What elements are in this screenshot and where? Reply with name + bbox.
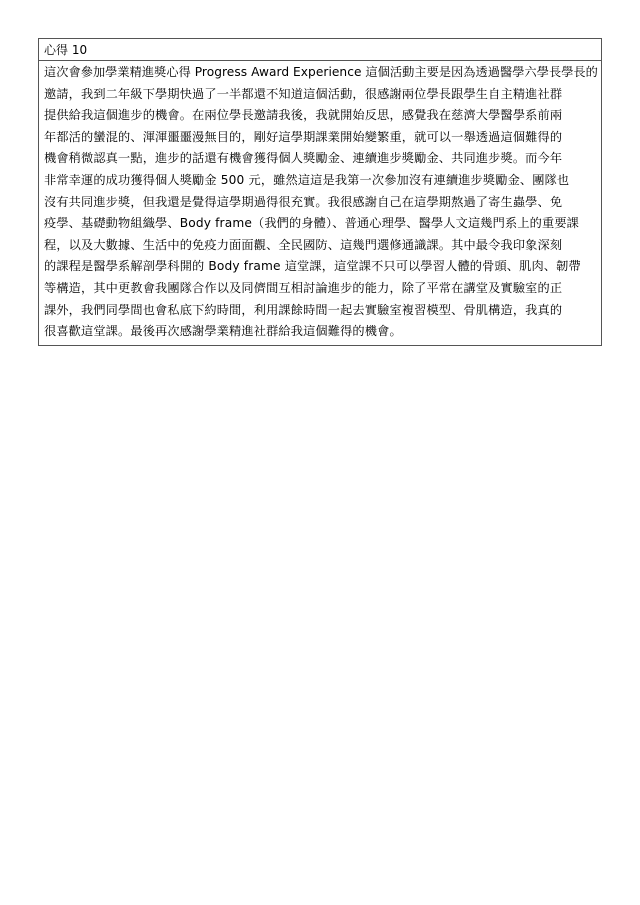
essay-line: 很喜歡這堂課。最後再次感謝學業精進社群給我這個難得的機會。 [44, 321, 597, 343]
essay-title: 心得 10 [39, 39, 601, 61]
essay-line: 年都活的蠻混的、渾渾噩噩漫無目的，剛好這學期課業開始變繁重，就可以一舉透過這個難… [44, 127, 597, 149]
essay-line: 的課程是醫學系解剖學科開的 Body frame 這堂課，這堂課不只可以學習人體… [44, 256, 597, 278]
essay-body: 這次會參加學業精進獎心得 Progress Award Experience 這… [39, 61, 601, 345]
essay-line: 程，以及大數據、生活中的免疫力面面觀、全民國防、這幾門選修通識課。其中最令我印象… [44, 235, 597, 257]
document-page: 心得 10 這次會參加學業精進獎心得 Progress Award Experi… [0, 0, 640, 905]
essay-line: 疫學、基礎動物組織學、Body frame（我們的身體）、普通心理學、醫學人文這… [44, 213, 597, 235]
essay-line: 課外，我們同學間也會私底下約時間，利用課餘時間一起去實驗室複習模型、骨肌構造，我… [44, 300, 597, 322]
essay-line: 機會稍微認真一點，進步的話還有機會獲得個人獎勵金、連續進步獎勵金、共同進步獎。而… [44, 148, 597, 170]
essay-line: 邀請，我到二年級下學期快過了一半都還不知道這個活動，很感謝兩位學長跟學生自主精進… [44, 84, 597, 106]
essay-line: 這次會參加學業精進獎心得 Progress Award Experience 這… [44, 62, 597, 84]
essay-table: 心得 10 這次會參加學業精進獎心得 Progress Award Experi… [38, 38, 602, 346]
essay-line: 提供給我這個進步的機會。在兩位學長邀請我後，我就開始反思，感覺我在慈濟大學醫學系… [44, 105, 597, 127]
essay-line: 非常幸運的成功獲得個人獎勵金 500 元，雖然這這是我第一次參加沒有連續進步獎勵… [44, 170, 597, 192]
essay-line: 沒有共同進步獎，但我還是覺得這學期過得很充實。我很感謝自己在這學期熬過了寄生蟲學… [44, 192, 597, 214]
essay-line: 等構造，其中更教會我團隊合作以及同儕間互相討論進步的能力，除了平常在講堂及實驗室… [44, 278, 597, 300]
